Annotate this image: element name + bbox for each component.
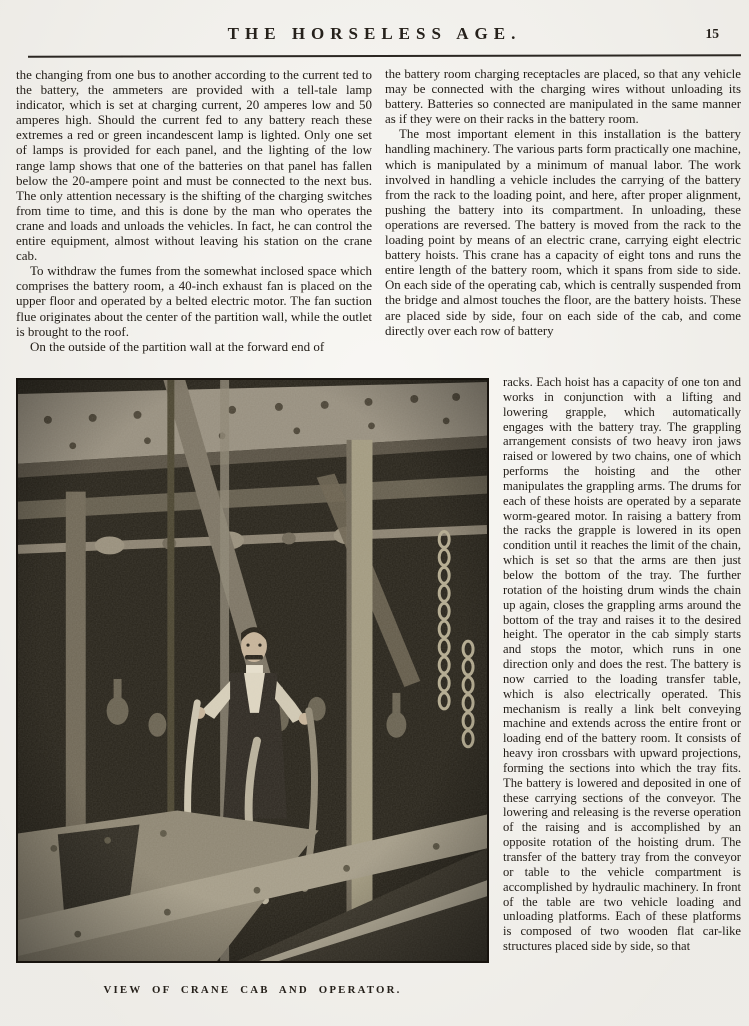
- page-number: 15: [706, 26, 720, 42]
- paragraph: To withdraw the fumes from the somewhat …: [16, 263, 372, 338]
- left-text-column: the changing from one bus to another acc…: [16, 67, 372, 377]
- scanned-magazine-page: THE HORSELESS AGE. 15 the changing from …: [0, 0, 749, 1026]
- crane-cab-photo-art: [18, 380, 487, 961]
- right-text-column-wide: the battery room charging receptacles ar…: [385, 67, 741, 376]
- header-rule: [28, 54, 741, 58]
- photo-caption: VIEW OF CRANE CAB AND OPERATOR.: [16, 984, 489, 996]
- masthead-title: THE HORSELESS AGE.: [0, 24, 749, 44]
- right-text-column-narrow: racks. Each hoist has a capacity of one …: [503, 375, 741, 1026]
- paragraph: the battery room charging receptacles ar…: [385, 67, 741, 127]
- photo-vignette: [18, 380, 487, 961]
- paragraph: On the outside of the partition wall at …: [16, 339, 372, 354]
- paragraph: the changing from one bus to another acc…: [16, 67, 372, 263]
- crane-cab-photo: [16, 378, 489, 963]
- paragraph: The most important element in this insta…: [385, 127, 741, 338]
- paragraph: racks. Each hoist has a capacity of one …: [503, 375, 741, 954]
